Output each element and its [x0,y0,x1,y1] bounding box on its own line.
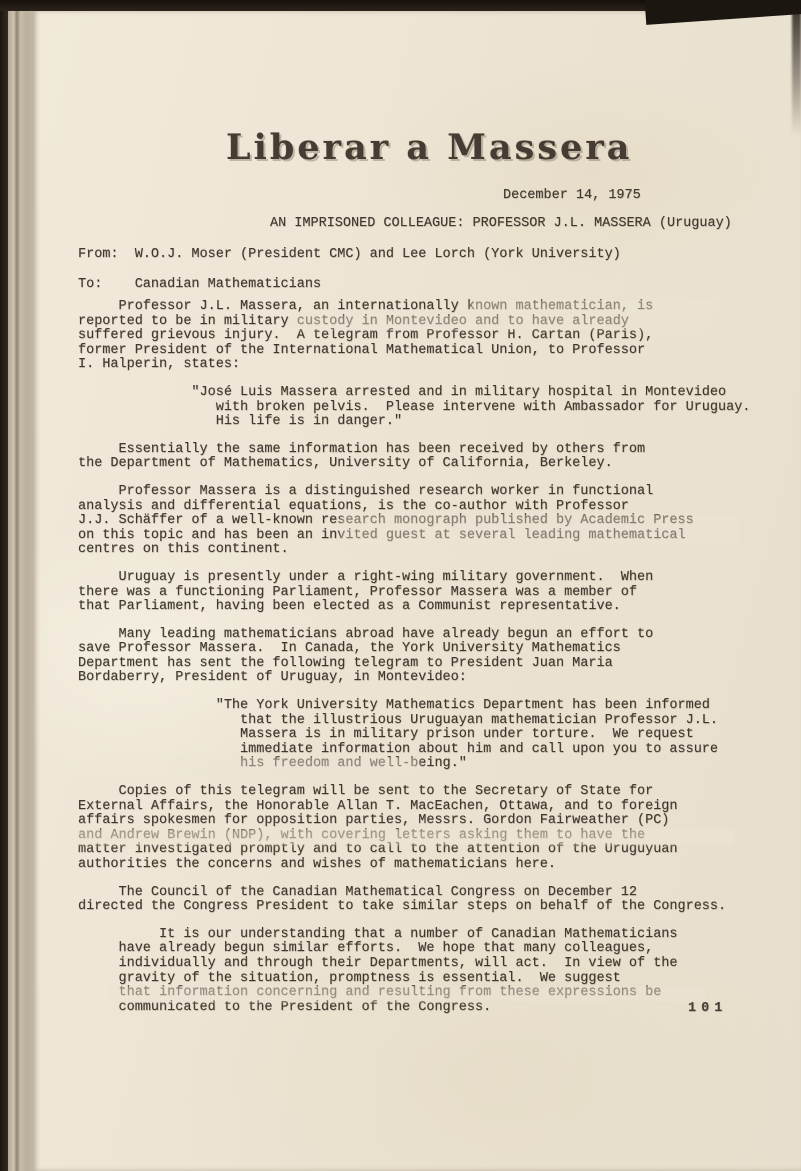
to-line: To: Canadian Mathematicians [78,278,321,293]
paragraph: The Council of the Canadian Mathematical… [78,886,750,915]
paragraph: Many leading mathematicians abroad have … [78,628,750,686]
paragraph: It is our understanding that a number of… [78,928,750,1016]
book-binding-edge [0,0,8,1171]
ink-fade-overlay [175,757,420,773]
from-line: From: W.O.J. Moser (President CMC) and L… [78,248,621,263]
subject-line: AN IMPRISONED COLLEAGUE: PROFESSOR J.L. … [270,217,732,232]
page-title: Liberar a Massera [226,127,632,168]
ink-fade-overlay [110,986,705,1002]
letter-body: Professor J.L. Massera, an international… [78,300,750,1028]
paragraph: Uruguay is presently under a right-wing … [78,571,750,615]
document-page: Liberar a Massera December 14, 1975 AN I… [33,11,801,1171]
scan-right-edge-shadow [792,6,801,136]
paragraph: "José Luis Massera arrested and in milit… [78,386,750,430]
ink-fade-overlay [340,514,740,544]
page-stack-edge [8,0,34,1171]
date-line: December 14, 1975 [503,189,641,204]
ink-fade-overlay [470,300,720,315]
page-number: 101 [688,1002,727,1017]
scanned-book-page: Liberar a Massera December 14, 1975 AN I… [0,0,801,1171]
ink-fade-overlay [75,829,735,845]
ink-fade-overlay [290,315,710,330]
paragraph: Essentially the same information has bee… [78,443,750,472]
